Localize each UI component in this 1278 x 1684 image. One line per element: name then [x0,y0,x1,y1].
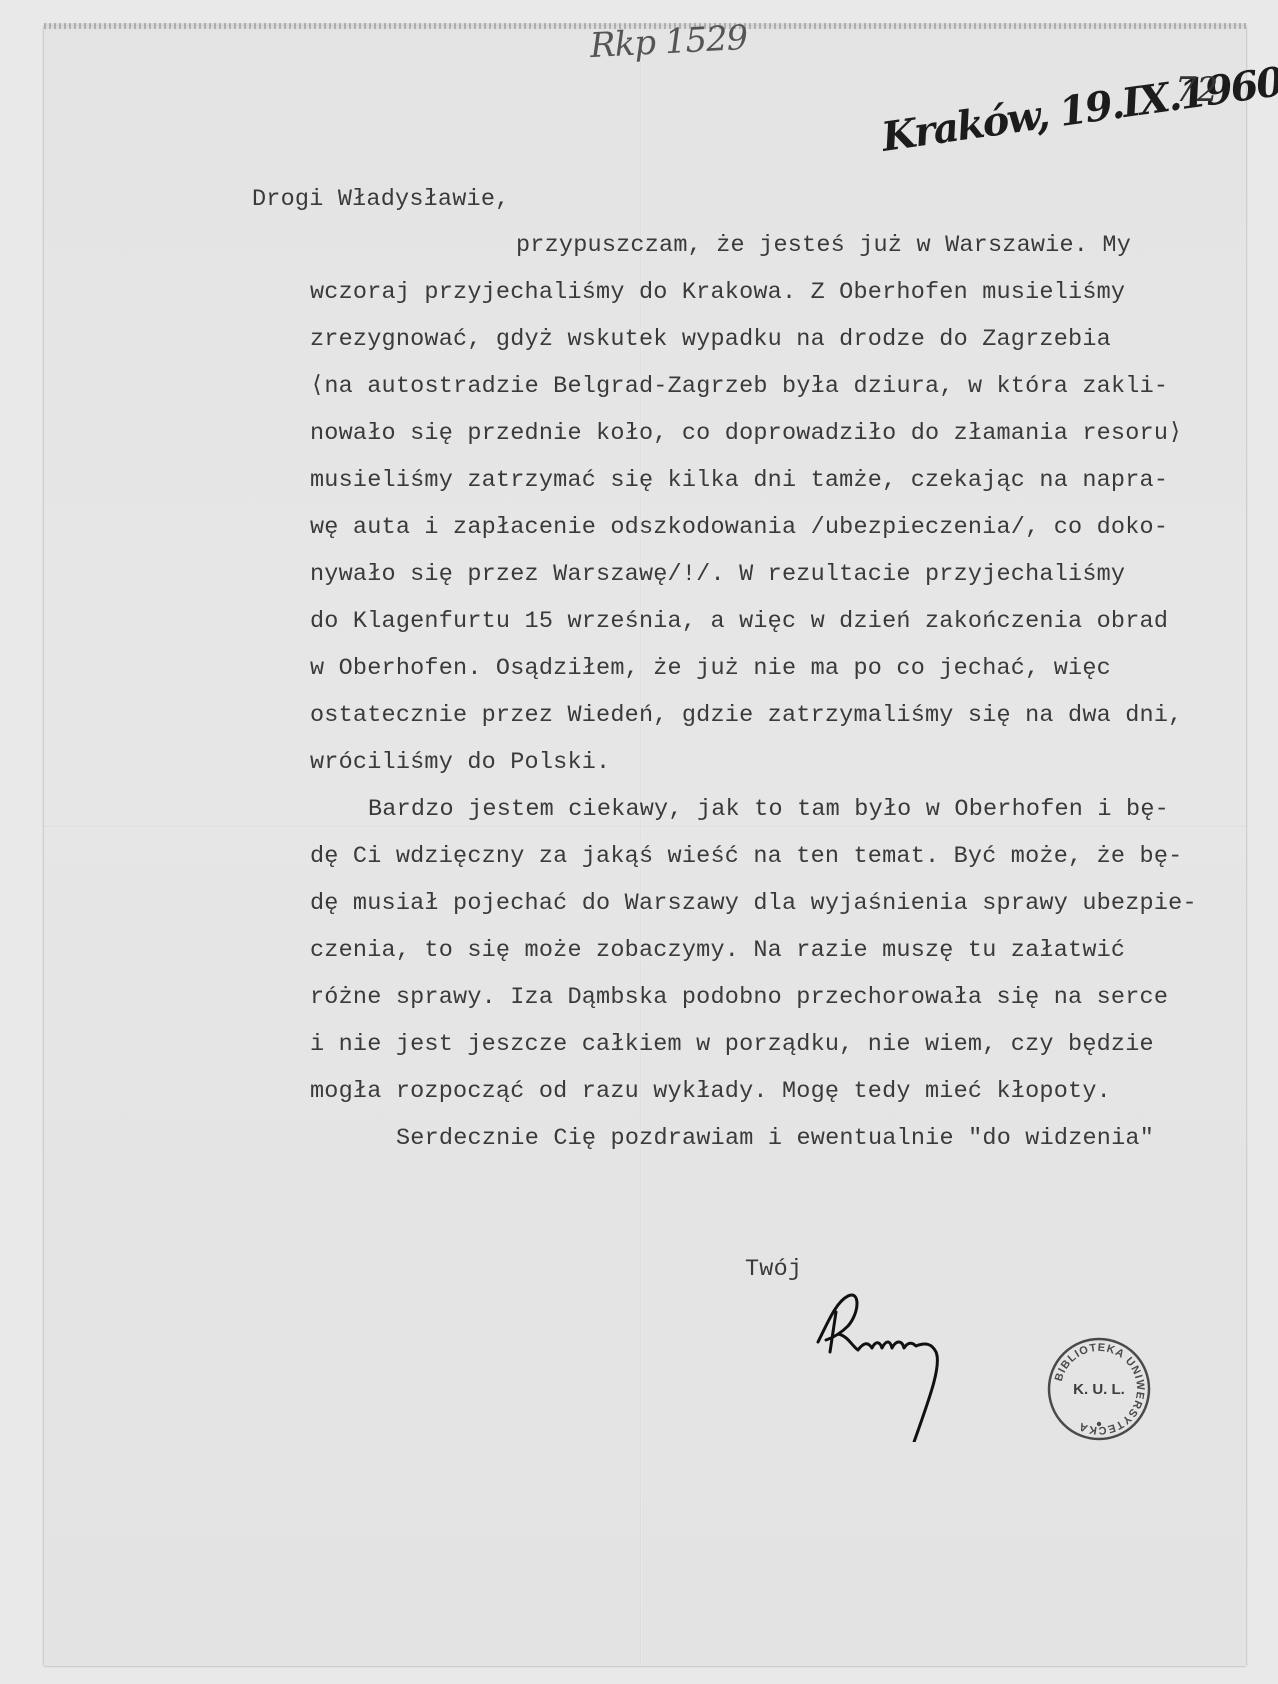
body-line: różne sprawy. Iza Dąmbska podobno przech… [310,974,1197,1021]
body-line: wę auta i zapłacenie odszkodowania /ubez… [310,504,1197,551]
library-stamp-icon: BIBLIOTEKA UNIWERSYTECKA K. U. L. [1046,1336,1152,1442]
folio-number: 72 [1175,70,1218,110]
salutation: Drogi Władysławie, [252,176,509,223]
body-line: ⟨na autostradzie Belgrad-Zagrzeb była dz… [310,363,1197,410]
body-line: Bardzo jestem ciekawy, jak to tam było w… [310,786,1197,833]
body-line: nywało się przez Warszawę/!/. W rezultac… [310,551,1197,598]
letter-body: przypuszczam, że jesteś już w Warszawie.… [310,222,1197,1162]
body-line: w Oberhofen. Osądziłem, że już nie ma po… [310,645,1197,692]
signature-icon [808,1282,998,1442]
body-line: przypuszczam, że jesteś już w Warszawie.… [310,222,1197,269]
body-line: do Klagenfurtu 15 września, a więc w dzi… [310,598,1197,645]
archive-number: Rkp 1529 [589,18,748,66]
body-line: musieliśmy zatrzymać się kilka dni tamże… [310,457,1197,504]
svg-text:K. U. L.: K. U. L. [1073,1381,1125,1398]
body-line: Serdecznie Cię pozdrawiam i ewentualnie … [310,1115,1197,1162]
body-line: dę Ci wdzięczny za jakąś wieść na ten te… [310,833,1197,880]
body-line: wczoraj przyjechaliśmy do Krakowa. Z Obe… [310,269,1197,316]
body-line: ostatecznie przez Wiedeń, gdzie zatrzyma… [310,692,1197,739]
body-line: wróciliśmy do Polski. [310,739,1197,786]
body-line: nowało się przednie koło, co doprowadził… [310,410,1197,457]
body-line: czenia, to się może zobaczymy. Na razie … [310,927,1197,974]
body-line: zrezygnować, gdyż wskutek wypadku na dro… [310,316,1197,363]
body-line: i nie jest jeszcze całkiem w porządku, n… [310,1021,1197,1068]
body-line: mogła rozpocząć od razu wykłady. Mogę te… [310,1068,1197,1115]
body-line: dę musiał pojechać do Warszawy dla wyjaś… [310,880,1197,927]
closing-word: Twój [745,1246,802,1293]
